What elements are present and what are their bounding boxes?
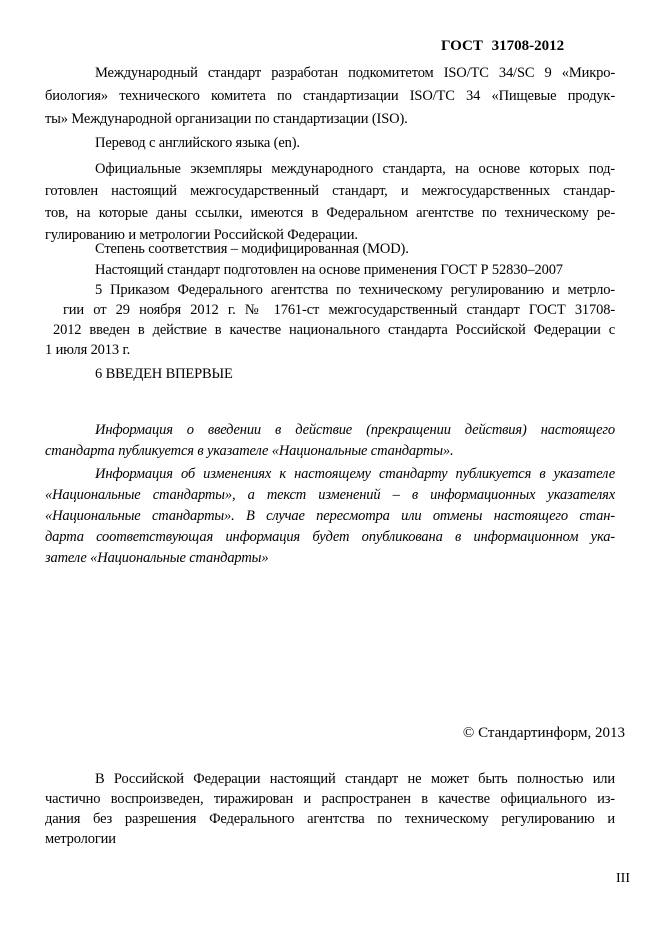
document-page: ГОСТ 31708-2012 Международный стандарт р… — [0, 0, 661, 936]
paragraph-prepared-on-basis: Настоящий стандарт подготовлен на основе… — [45, 260, 615, 280]
text-line: 6 ВВЕДЕН ВПЕРВЫЕ — [45, 364, 615, 384]
text-line: Официальные экземпляры международного ст… — [45, 158, 615, 180]
text-line: дания без разрешения Федерального агентс… — [45, 809, 615, 829]
text-line: Настоящий стандарт подготовлен на основе… — [45, 260, 615, 280]
paragraph-reproduction-restriction: В Российской Федерации настоящий стандар… — [45, 769, 615, 849]
text-line: ты» Международной организации по стандар… — [45, 108, 615, 131]
text-line: готовлен настоящий межгосударственный ст… — [45, 180, 615, 202]
text-line: тов, на которые даны ссылки, имеются в Ф… — [45, 202, 615, 224]
text-line: Информация об изменениях к настоящему ст… — [45, 464, 615, 485]
text-line: дарта соответствующая информация будет о… — [45, 527, 615, 548]
text-line: В Российской Федерации настоящий стандар… — [45, 769, 615, 789]
text-line: Перевод с английского языка (en). — [45, 133, 615, 153]
text-line: «Национальные стандарты». В случае перес… — [45, 506, 615, 527]
text-line: частично воспроизведен, тиражирован и ра… — [45, 789, 615, 809]
text-line: метрологии — [45, 829, 615, 849]
text-line: 2012 введен в действие в качестве национ… — [45, 320, 615, 340]
paragraph-info-changes: Информация об изменениях к настоящему ст… — [45, 464, 615, 569]
paragraph-degree-of-conformity: Степень соответствия – модифицированная … — [45, 239, 615, 259]
paragraph-introduced-first-time: 6 ВВЕДЕН ВПЕРВЫЕ — [45, 364, 615, 384]
paragraph-translation: Перевод с английского языка (en). — [45, 133, 615, 153]
text-line: Степень соответствия – модифицированная … — [45, 239, 615, 259]
doc-number-header: ГОСТ 31708-2012 — [441, 38, 564, 55]
text-line: Информация о введении в действие (прекра… — [45, 420, 615, 441]
copyright-notice: © Стандартинформ, 2013 — [463, 725, 625, 742]
paragraph-official-copies: Официальные экземпляры международного ст… — [45, 158, 615, 246]
text-line: биология» технического комитета по станд… — [45, 85, 615, 108]
paragraph-info-enactment: Информация о введении в действие (прекра… — [45, 420, 615, 462]
text-line: зателе «Национальные стандарты» — [45, 548, 615, 569]
text-line: гии от 29 ноября 2012 г. № 1761-ст межго… — [45, 300, 615, 320]
text-line: «Национальные стандарты», а текст измене… — [45, 485, 615, 506]
text-line: 1 июля 2013 г. — [45, 340, 615, 360]
text-line: стандарта публикуется в указателе «Нацио… — [45, 441, 615, 462]
paragraph-order-5: 5 Приказом Федерального агентства по тех… — [45, 280, 615, 360]
text-line: 5 Приказом Федерального агентства по тех… — [45, 280, 615, 300]
text-line: Международный стандарт разработан подком… — [45, 62, 615, 85]
page-number: III — [616, 871, 630, 887]
paragraph-developed-by: Международный стандарт разработан подком… — [45, 62, 615, 131]
